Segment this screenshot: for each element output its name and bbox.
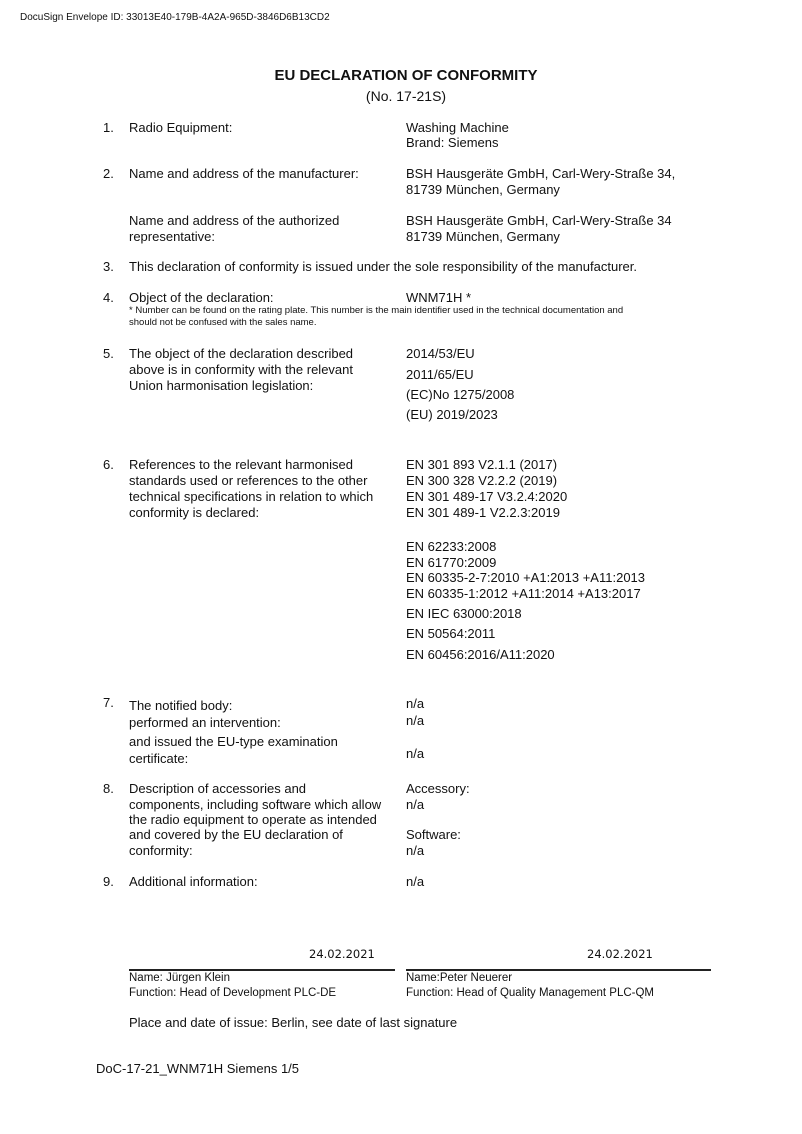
item-label: standards used or references to the othe… [129,473,367,489]
item-label: and issued the EU-type examination [129,734,338,750]
item-value: Software: [406,827,461,843]
item-label: Object of the declaration: [129,290,274,306]
item-value: 81739 München, Germany [406,229,560,245]
item-value: Brand: Siemens [406,135,499,151]
item-value: EN 300 328 V2.2.2 (2019) [406,473,557,489]
item-label: Name and address of the manufacturer: [129,166,359,182]
item-value: n/a [406,797,424,813]
item-number: 2. [103,166,114,181]
page-footer: DoC-17-21_WNM71H Siemens 1/5 [96,1061,299,1076]
item-number: 8. [103,781,114,796]
item-value: EN 301 489-17 V3.2.4:2020 [406,489,567,505]
item-label: conformity: [129,843,193,859]
place-of-issue: Place and date of issue: Berlin, see dat… [129,1015,457,1030]
item-value: EN IEC 63000:2018 [406,606,522,622]
item-label: components, including software which all… [129,797,381,813]
item-value: EN 60335-1:2012 +A11:2014 +A13:2017 [406,586,641,602]
item-value: EN 62233:2008 [406,539,496,555]
item-label: References to the relevant harmonised [129,457,353,473]
item-value: WNM71H * [406,290,471,306]
signer-function: Function: Head of Quality Management PLC… [406,986,654,1001]
item-value: BSH Hausgeräte GmbH, Carl-Wery-Straße 34… [406,166,675,182]
item-value: 2011/65/EU [406,367,474,383]
item-label: certificate: [129,751,188,767]
document-number: (No. 17-21S) [0,88,802,104]
item-number: 9. [103,874,114,889]
item-number: 3. [103,259,114,274]
item-label: The notified body: [129,698,232,714]
footnote: should not be confused with the sales na… [129,317,316,329]
item-value: EN 301 489-1 V2.2.3:2019 [406,505,560,521]
item-number: 7. [103,695,114,710]
item-value: EN 60456:2016/A11:2020 [406,647,555,663]
item-value: n/a [406,696,424,712]
item-label: representative: [129,229,215,245]
item-label: The object of the declaration described [129,346,353,362]
item-value: (EU) 2019/2023 [406,407,498,423]
item-label: technical specifications in relation to … [129,489,373,505]
document-title: EU DECLARATION OF CONFORMITY [0,67,802,84]
item-value: Washing Machine [406,120,509,136]
item-value: n/a [406,746,424,762]
item-label: This declaration of conformity is issued… [129,259,637,275]
signer-function: Function: Head of Development PLC-DE [129,986,336,1001]
signer-name: Name:Peter Neuerer [406,971,512,986]
item-value: 81739 München, Germany [406,182,560,198]
item-value: Accessory: [406,781,470,797]
item-number: 5. [103,346,114,361]
item-label: Union harmonisation legislation: [129,378,313,394]
item-label: and covered by the EU declaration of [129,827,343,843]
item-number: 4. [103,290,114,305]
item-value: n/a [406,843,424,859]
signer-name: Name: Jürgen Klein [129,971,230,986]
envelope-id: DocuSign Envelope ID: 33013E40-179B-4A2A… [20,12,330,23]
item-value: n/a [406,874,424,890]
item-label: performed an intervention: [129,715,281,731]
item-label: Name and address of the authorized [129,213,339,229]
item-value: EN 50564:2011 [406,626,495,642]
item-number: 6. [103,457,114,472]
item-value: 2014/53/EU [406,346,475,362]
item-value: EN 61770:2009 [406,555,496,571]
item-label: Radio Equipment: [129,120,232,136]
signature-date: 24.02.2021 [587,947,653,961]
item-label: Description of accessories and [129,781,306,797]
item-value: (EC)No 1275/2008 [406,387,514,403]
item-value: n/a [406,713,424,729]
item-label: above is in conformity with the relevant [129,362,353,378]
item-number: 1. [103,120,114,135]
footnote: * Number can be found on the rating plat… [129,305,623,317]
item-value: BSH Hausgeräte GmbH, Carl-Wery-Straße 34 [406,213,672,229]
item-label: conformity is declared: [129,505,259,521]
item-value: EN 60335-2-7:2010 +A1:2013 +A11:2013 [406,570,645,586]
item-label: Additional information: [129,874,258,890]
item-value: EN 301 893 V2.1.1 (2017) [406,457,557,473]
signature-date: 24.02.2021 [309,947,375,961]
item-label: the radio equipment to operate as intend… [129,812,377,828]
